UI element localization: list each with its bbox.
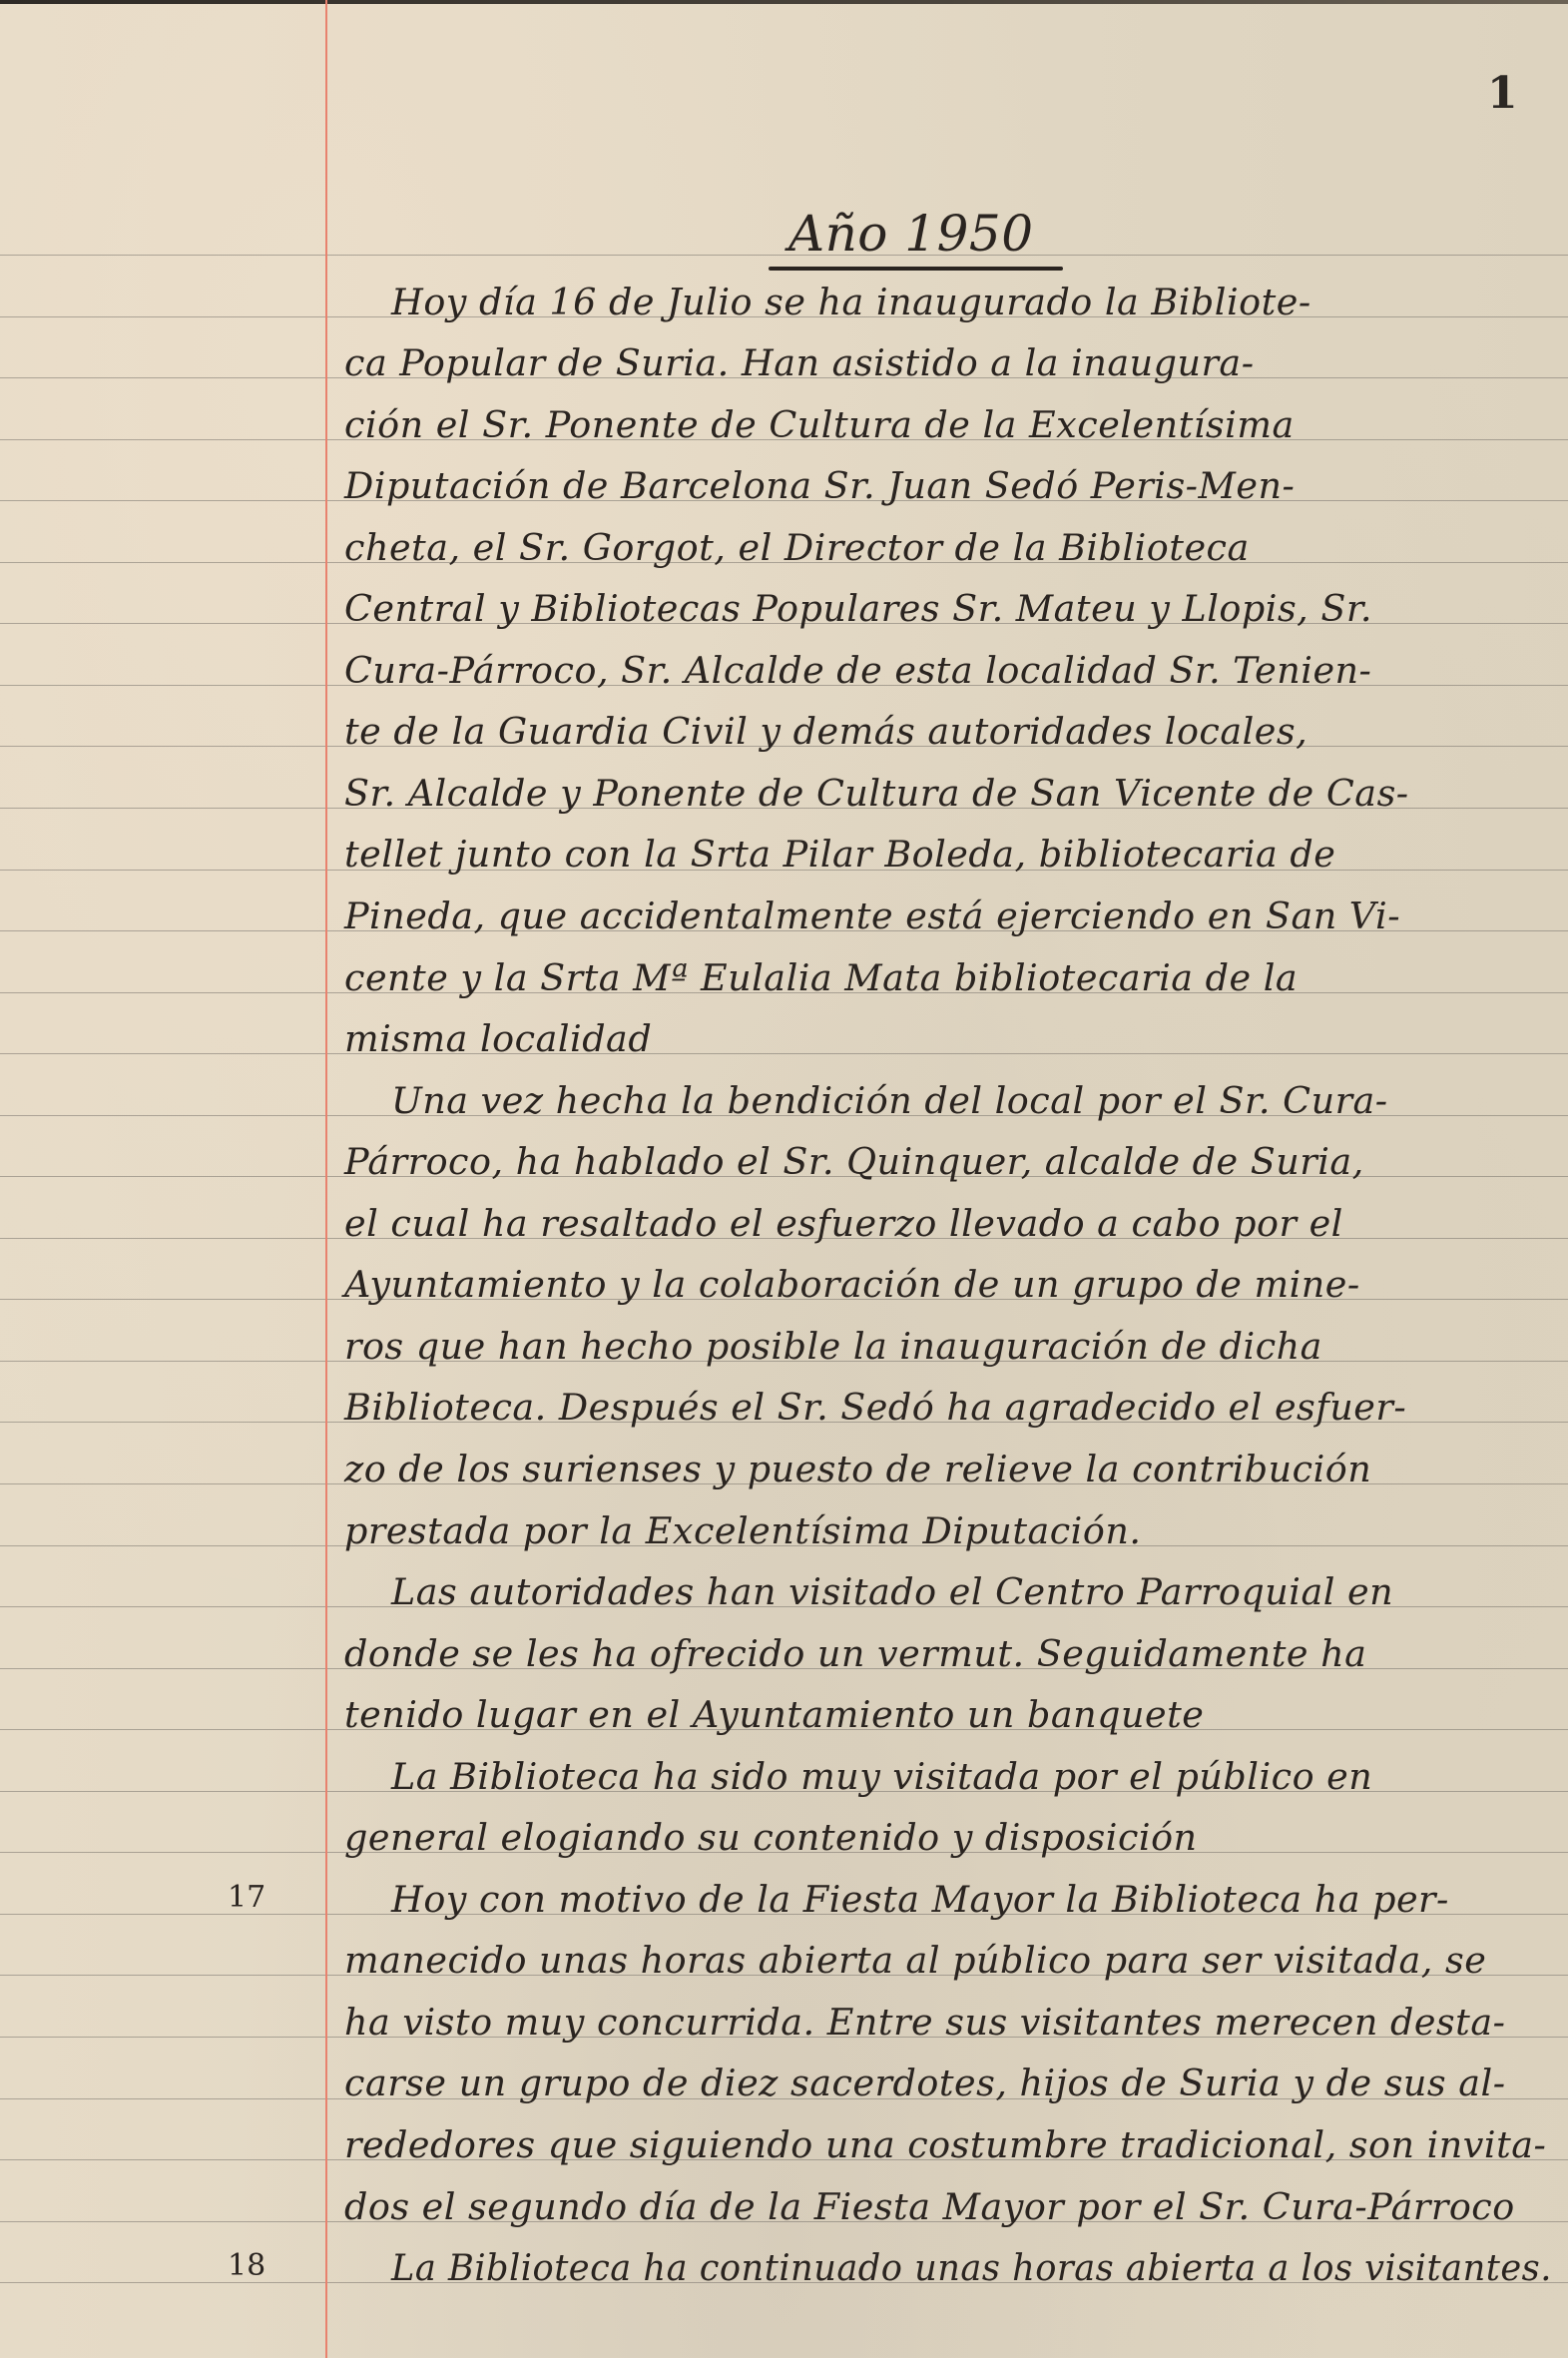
page-top-edge [0, 0, 1568, 4]
margin-day-number: 18 [228, 2248, 265, 2283]
handwritten-line: Párroco, ha hablado el Sr. Quinquer, alc… [344, 1142, 1364, 1182]
ruled-line [0, 1053, 1568, 1054]
margin-day-number: 17 [228, 1880, 265, 1915]
handwritten-line: Ayuntamiento y la colaboración de un gru… [344, 1265, 1360, 1305]
handwritten-line: tellet junto con la Srta Pilar Boleda, b… [344, 835, 1335, 875]
handwritten-line: Sr. Alcalde y Ponente de Cultura de San … [344, 774, 1409, 814]
title-underline [769, 267, 1063, 271]
handwritten-line: Una vez hecha la bendición del local por… [391, 1081, 1388, 1121]
red-margin-line [325, 0, 327, 2358]
ruled-line [0, 255, 1568, 256]
handwritten-line: tenido lugar en el Ayuntamiento un banqu… [344, 1695, 1204, 1735]
handwritten-line: Central y Bibliotecas Populares Sr. Mate… [344, 589, 1372, 629]
handwritten-line: ros que han hecho posible la inauguració… [344, 1327, 1322, 1367]
handwritten-line: rededores que siguiendo una costumbre tr… [344, 2125, 1546, 2165]
handwritten-line: Pineda, que accidentalmente está ejercie… [344, 896, 1400, 936]
handwritten-line: te de la Guardia Civil y demás autoridad… [344, 712, 1307, 752]
handwritten-line: cente y la Srta Mª Eulalia Mata bibliote… [344, 958, 1298, 998]
handwritten-line: donde se les ha ofrecido un vermut. Segu… [344, 1634, 1366, 1674]
handwritten-line: La Biblioteca ha sido muy visitada por e… [391, 1757, 1372, 1797]
handwritten-line: general elogiando su contenido y disposi… [344, 1818, 1198, 1858]
handwritten-line: carse un grupo de diez sacerdotes, hijos… [344, 2063, 1506, 2103]
handwritten-line: dos el segundo día de la Fiesta Mayor po… [344, 2187, 1515, 2227]
page-number: 1 [1487, 68, 1518, 119]
handwritten-line: zo de los surienses y puesto de relieve … [344, 1450, 1371, 1489]
handwritten-line: cheta, el Sr. Gorgot, el Director de la … [344, 528, 1250, 568]
handwritten-line: manecido unas horas abierta al público p… [344, 1941, 1486, 1981]
handwritten-line: Hoy día 16 de Julio se ha inaugurado la … [391, 283, 1311, 322]
handwritten-line: misma localidad [344, 1019, 652, 1059]
handwritten-line: La Biblioteca ha continuado unas horas a… [391, 2248, 1552, 2288]
handwritten-line: ha visto muy concurrida. Entre sus visit… [344, 2003, 1505, 2043]
page-title: Año 1950 [788, 205, 1034, 263]
handwritten-line: ca Popular de Suria. Han asistido a la i… [344, 343, 1255, 383]
handwritten-line: el cual ha resaltado el esfuerzo llevado… [344, 1204, 1343, 1244]
handwritten-line: Diputación de Barcelona Sr. Juan Sedó Pe… [344, 466, 1295, 506]
handwritten-line: Hoy con motivo de la Fiesta Mayor la Bib… [391, 1880, 1449, 1920]
handwritten-line: Biblioteca. Después el Sr. Sedó ha agrad… [344, 1388, 1406, 1428]
handwritten-line: prestada por la Excelentísima Diputación… [344, 1511, 1141, 1551]
handwritten-line: ción el Sr. Ponente de Cultura de la Exc… [344, 405, 1295, 445]
handwritten-line: Cura-Párroco, Sr. Alcalde de esta locali… [344, 651, 1371, 691]
notebook-page: 1 Año 1950 Hoy día 16 de Julio se ha ina… [0, 0, 1568, 2358]
handwritten-line: Las autoridades han visitado el Centro P… [391, 1572, 1393, 1612]
